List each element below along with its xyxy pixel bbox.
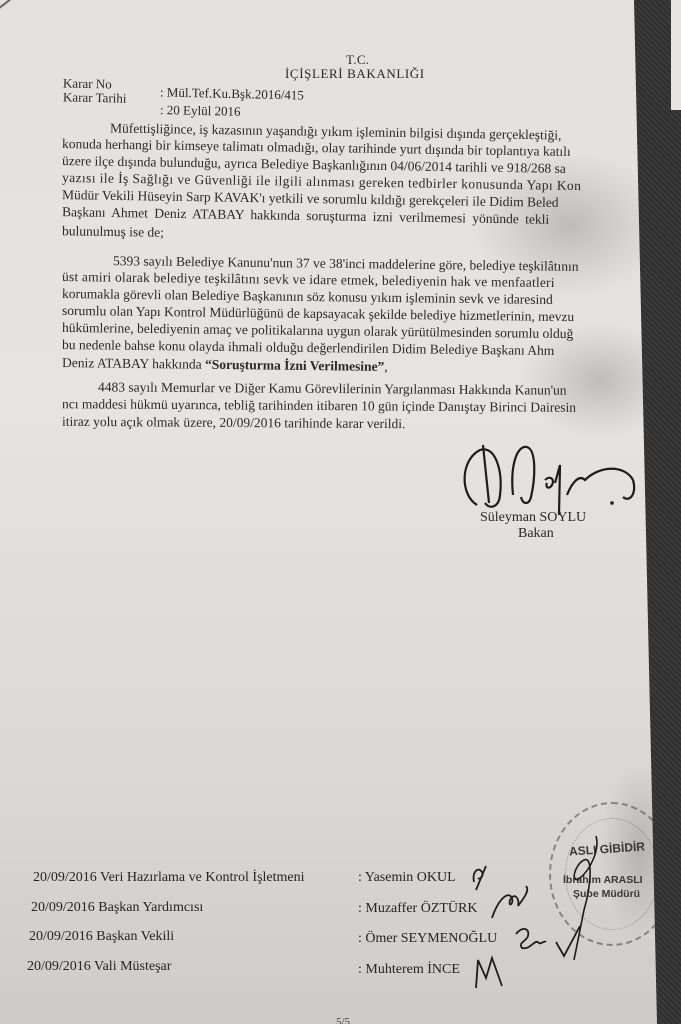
approval-name: : Muhterem İNCE	[358, 962, 460, 978]
decision-prefix: Deniz ATABAY hakkında	[62, 355, 205, 372]
decision-verdict: “Soruşturma İzni Verilmesine”	[205, 357, 384, 374]
fold-crease	[0, 0, 39, 16]
text-line: 4483 sayılı Memurlar ve Diğer Kamu Görev…	[98, 379, 567, 398]
document-page: T.C. İÇİŞLERİ BAKANLIĞI Karar No : Mül.T…	[0, 0, 681, 1024]
approval-date-role: 20/09/2016 Veri Hazırlama ve Kontrol İşl…	[33, 870, 305, 886]
initial-ozturk	[490, 880, 535, 922]
decision-suffix: ,	[384, 359, 388, 374]
text-line: ncı maddesi hükmü uyarınca, tebliğ tarih…	[62, 396, 576, 416]
decision-number-value: : Mül.Tef.Ku.Bşk.2016/415	[160, 84, 304, 103]
page-number: 5/5	[336, 1016, 350, 1024]
text-line: itiraz yolu açık olmak üzere, 20/09/2016…	[62, 414, 405, 432]
minister-signature	[455, 435, 645, 520]
stamp-signature	[560, 830, 620, 970]
approval-name: : Ömer SEYMENOĞLU	[358, 931, 497, 947]
approval-date-role: 20/09/2016 Başkan Yardımcısı	[31, 900, 203, 916]
signatory-name: Süleyman SOYLU	[480, 510, 586, 526]
approval-name: : Yasemin OKUL	[358, 870, 456, 886]
initial-ince	[472, 952, 508, 992]
text-line: bulunulmuş ise de;	[62, 223, 164, 241]
signatory-title: Bakan	[518, 526, 554, 542]
approval-date-role: 20/09/2016 Vali Müsteşar	[27, 959, 171, 975]
decision-date-label: Karar Tarihi	[63, 89, 127, 106]
decision-date-value: : 20 Eylül 2016	[160, 102, 241, 120]
text-line-decision: Deniz ATABAY hakkında “Soruşturma İzni V…	[62, 355, 388, 375]
approval-name: : Muzaffer ÖZTÜRK	[358, 901, 478, 917]
approval-date-role: 20/09/2016 Başkan Vekili	[29, 929, 174, 945]
background-paper-edge	[671, 0, 681, 110]
header-ministry: İÇİŞLERİ BAKANLIĞI	[285, 66, 425, 82]
